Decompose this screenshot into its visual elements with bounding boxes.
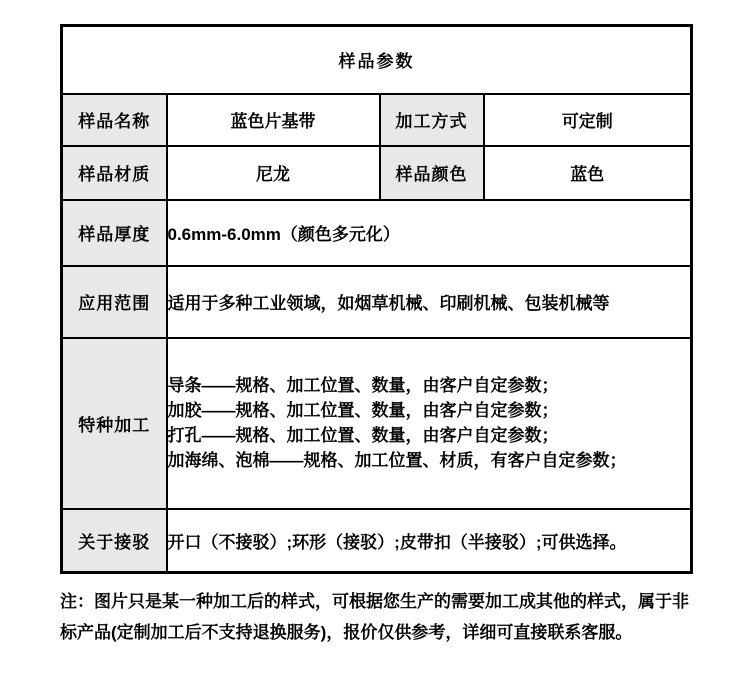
footer-note-line-2: 标产品(定制加工后不支持退换服务)，报价仅供参考，详细可直接联系客服。 (60, 617, 700, 648)
sample-color-value-cell: 蓝色 (484, 146, 692, 200)
spec-table: 样品参数 样品名称 蓝色片基带 加工方式 可定制 样品材质 尼龙 样品颜色 蓝色… (60, 24, 693, 574)
footer-note: 注：图片只是某一种加工后的样式，可根据您生产的需要加工成其他的样式，属于非 标产… (60, 586, 700, 648)
title-row: 样品参数 (62, 26, 692, 94)
row-name-process: 样品名称 蓝色片基带 加工方式 可定制 (62, 94, 692, 146)
processing-method-value-cell: 可定制 (484, 94, 692, 146)
sample-thickness-value-cell: 0.6mm-6.0mm（颜色多元化） (167, 200, 692, 266)
application-range-label-cell: 应用范围 (62, 266, 167, 338)
row-splice: 关于接驳 开口（不接驳）;环形（接驳）;皮带扣（半接驳）;可供选择。 (62, 509, 692, 573)
sample-name-value-cell: 蓝色片基带 (167, 94, 380, 146)
row-application: 应用范围 适用于多种工业领域，如烟草机械、印刷机械、包装机械等 (62, 266, 692, 338)
sample-material-value-cell: 尼龙 (167, 146, 380, 200)
row-material-color: 样品材质 尼龙 样品颜色 蓝色 (62, 146, 692, 200)
special-processing-value-cell: 导条——规格、加工位置、数量，由客户自定参数； 加胶——规格、加工位置、数量，由… (167, 338, 692, 509)
product-spec-sheet: 样品参数 样品名称 蓝色片基带 加工方式 可定制 样品材质 尼龙 样品颜色 蓝色… (0, 0, 750, 679)
special-processing-line-sponge: 加海绵、泡棉——规格、加工位置、材质，有客户自定参数； (168, 448, 691, 473)
sample-name-label-cell: 样品名称 (62, 94, 167, 146)
application-range-value-cell: 适用于多种工业领域，如烟草机械、印刷机械、包装机械等 (167, 266, 692, 338)
splice-label-cell: 关于接驳 (62, 509, 167, 573)
sample-color-label-cell: 样品颜色 (380, 146, 484, 200)
sample-material-label-cell: 样品材质 (62, 146, 167, 200)
row-thickness: 样品厚度 0.6mm-6.0mm（颜色多元化） (62, 200, 692, 266)
special-processing-line-guide: 导条——规格、加工位置、数量，由客户自定参数； (168, 373, 691, 398)
splice-value-cell: 开口（不接驳）;环形（接驳）;皮带扣（半接驳）;可供选择。 (167, 509, 692, 573)
sample-thickness-label-cell: 样品厚度 (62, 200, 167, 266)
table-title: 样品参数 (62, 26, 692, 94)
processing-method-label-cell: 加工方式 (380, 94, 484, 146)
special-processing-label-cell: 特种加工 (62, 338, 167, 509)
footer-note-line-1: 注：图片只是某一种加工后的样式，可根据您生产的需要加工成其他的样式，属于非 (60, 586, 700, 617)
row-special-processing: 特种加工 导条——规格、加工位置、数量，由客户自定参数； 加胶——规格、加工位置… (62, 338, 692, 509)
special-processing-line-punch: 打孔——规格、加工位置、数量，由客户自定参数； (168, 423, 691, 448)
special-processing-line-glue: 加胶——规格、加工位置、数量，由客户自定参数； (168, 398, 691, 423)
